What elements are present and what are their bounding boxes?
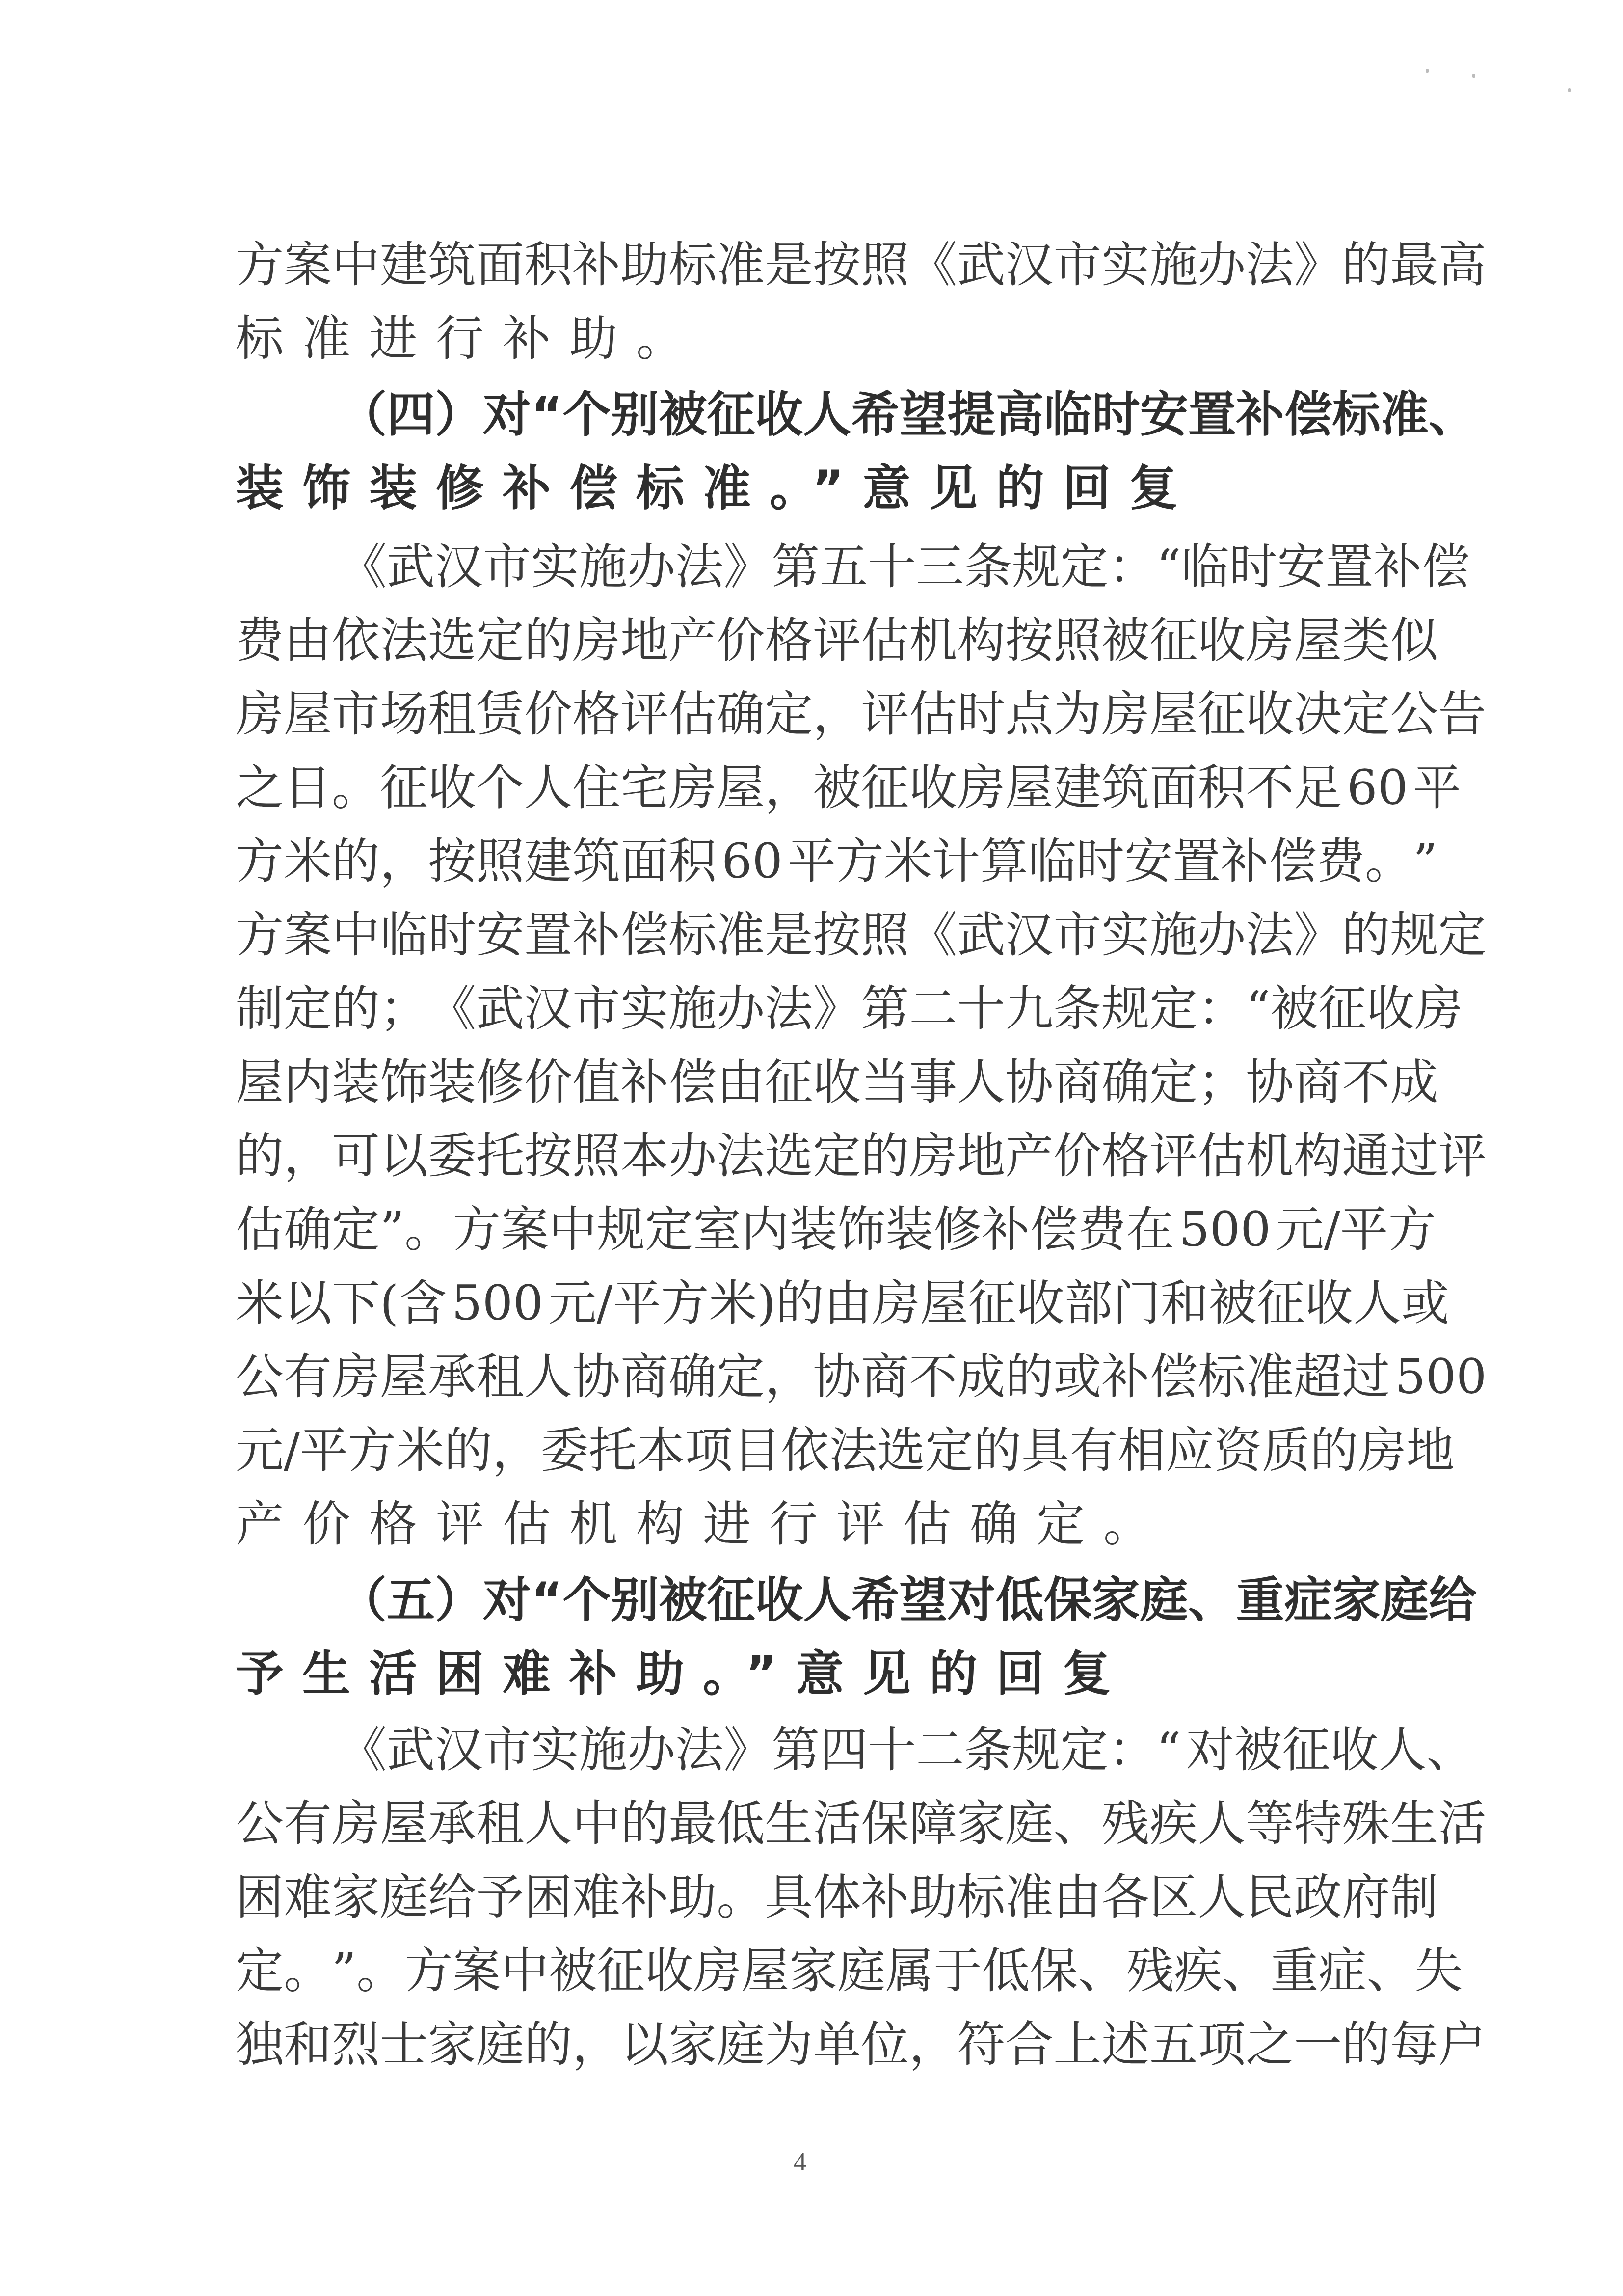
body-line: 米以下(含 500 元/平方米)的由房屋征收部门和被征收人或	[236, 1269, 1384, 1338]
body-line: 估确定”。方案中规定室内装饰装修补偿费在 500 元/平方	[236, 1195, 1384, 1264]
page-number: 4	[785, 2148, 815, 2177]
section-heading-4: （四）对“个别被征收人希望提高临时安置补偿标准、	[339, 380, 1384, 449]
scan-speck	[1426, 69, 1429, 73]
body-line: 标准进行补助。	[236, 304, 1384, 373]
section-heading-5-cont: 予生活困难补助。”意见的回复	[236, 1640, 1384, 1708]
body-line: 产价格评估机构进行评估确定。	[236, 1490, 1384, 1559]
body-line: 费由依法选定的房地产价格评估机构按照被征收房屋类似	[236, 606, 1384, 675]
section-heading-5: （五）对“个别被征收人希望对低保家庭、重症家庭给	[339, 1566, 1384, 1635]
section-heading-4-cont: 装饰装修补偿标准。”意见的回复	[236, 454, 1384, 523]
scan-speck	[1472, 74, 1475, 78]
body-line: 制定的；《武汉市实施办法》第二十九条规定：“被征收房	[236, 974, 1384, 1043]
body-line: 方案中建筑面积补助标准是按照《武汉市实施办法》的最高	[236, 231, 1384, 299]
body-line: 屋内装饰装修价值补偿由征收当事人协商确定；协商不成	[236, 1048, 1384, 1117]
body-line: 公有房屋承租人协商确定，协商不成的或补偿标准超过 500	[236, 1343, 1384, 1411]
body-line: 困难家庭给予困难补助。具体补助标准由各区人民政府制	[236, 1863, 1384, 1932]
document-page: 方案中建筑面积补助标准是按照《武汉市实施办法》的最高 标准进行补助。 （四）对“…	[0, 0, 1623, 2296]
body-line: 之日。征收个人住宅房屋，被征收房屋建筑面积不足 60 平	[236, 754, 1384, 822]
body-line: 定。”。方案中被征收房屋家庭属于低保、残疾、重症、失	[236, 1937, 1384, 2005]
body-line: 方米的，按照建筑面积 60 平方米计算临时安置补偿费。”	[236, 827, 1384, 896]
body-line: 公有房屋承租人中的最低生活保障家庭、残疾人等特殊生活	[236, 1789, 1384, 1858]
body-line: 《武汉市实施办法》第四十二条规定：“ 对被征收人、	[339, 1716, 1384, 1784]
body-line: 的，可以委托按照本办法选定的房地产价格评估机构通过评	[236, 1122, 1384, 1190]
body-line: 方案中临时安置补偿标准是按照《武汉市实施办法》的规定	[236, 901, 1384, 970]
body-line: 元/平方米的，委托本项目依法选定的具有相应资质的房地	[236, 1416, 1384, 1485]
scan-speck	[1568, 88, 1571, 92]
body-line: 房屋市场租赁价格评估确定，评估时点为房屋征收决定公告	[236, 680, 1384, 749]
body-line: 独和烈士家庭的，以家庭为单位，符合上述五项之一的每户	[236, 2010, 1384, 2079]
body-line: 《武汉市实施办法》第五十三条规定：“临时安置补偿	[339, 533, 1384, 601]
